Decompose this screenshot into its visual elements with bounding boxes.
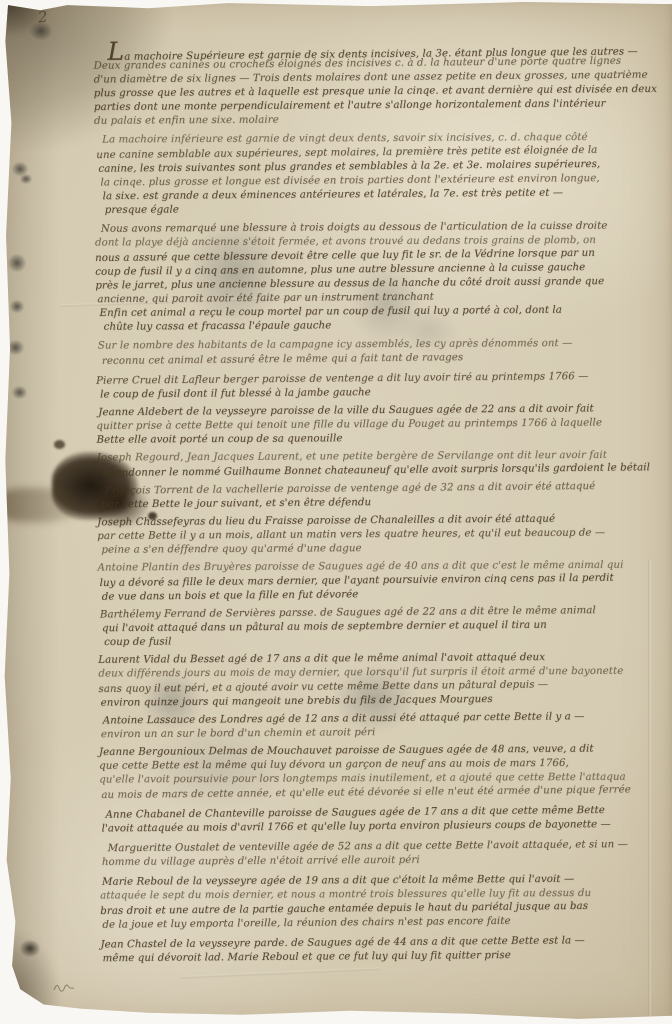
edge-spot: [20, 174, 32, 184]
edge-spot: [10, 300, 24, 313]
manuscript-line: chûte luy cassa et fracassa l'épaule gau…: [104, 317, 667, 334]
edge-spot: [7, 340, 24, 355]
edge-spot: [8, 254, 26, 272]
page-number: 2: [37, 8, 48, 27]
photo-background: 2 La machoire Supérieure est garnie de s…: [0, 0, 672, 1024]
edge-spot: [12, 386, 27, 399]
left-edge-shading: [0, 0, 60, 1024]
ink-scribble: [52, 980, 78, 994]
manuscript-line: coup de fusil: [104, 632, 669, 650]
manuscript-line: du palais et enfin une sixe. molaire: [94, 111, 665, 128]
manuscript-page: 2 La machoire Supérieure est garnie de s…: [0, 0, 672, 1024]
manuscript-line: Bette elle avoit porté un coup de sa que…: [96, 430, 667, 447]
manuscript-text: La machoire Supérieure est garnie de six…: [93, 38, 671, 966]
edge-spot: [20, 940, 40, 957]
manuscript-line: homme du village auprès d'elle n'étoit a…: [102, 852, 671, 870]
paper-surface: 2 La machoire Supérieure est garnie de s…: [0, 0, 672, 1024]
manuscript-line: presque égale: [105, 200, 666, 218]
manuscript-line: peine a s'en déffendre quoy qu'armé d'un…: [101, 540, 668, 557]
